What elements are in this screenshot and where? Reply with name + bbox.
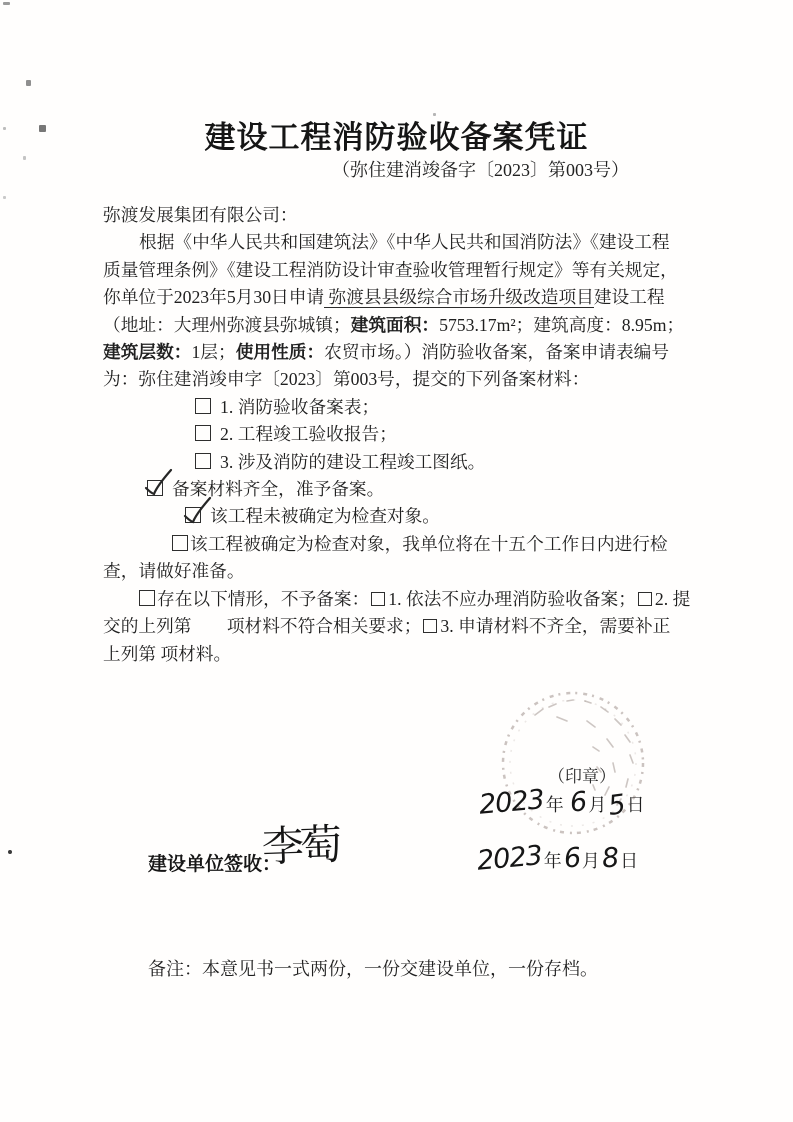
material-item-1: 1. 消防验收备案表； [103,394,699,421]
checkbox-checked-icon [147,480,163,496]
document-number: （弥住建消竣备字〔2023〕第003号） [332,156,629,182]
handwritten-year: 2023 [476,842,543,875]
stamp-date: 2023年 6月5日 [477,789,645,817]
checkbox-icon [195,398,211,414]
material-item-2: 2. 工程竣工验收报告； [103,421,699,448]
checkbox-icon [423,619,437,633]
checkbox-icon [195,453,211,469]
month-label: 月 [588,795,606,815]
option-label: 存在以下情形，不予备案： [157,589,369,609]
body-text: 农贸市场。）消防验收备案，备案申请表编号 [324,342,669,362]
body-line: 根据《中华人民共和国建筑法》《中华人民共和国消防法》《建设工程 [103,229,699,256]
day-label: 日 [627,795,645,815]
document-title: 建设工程消防验收备案凭证 [0,112,793,157]
option-reject-cont: 交的上列第 项材料不符合相关要求；3. 申请材料不齐全，需要补正 [103,613,699,640]
checkbox-icon [638,592,652,606]
option-checked-object-cont: 查，请做好准备。 [103,558,699,585]
material-item-label: 2. 工程竣工验收报告； [220,424,397,444]
scan-speck [8,850,12,854]
scanned-document-page: 建设工程消防验收备案凭证 （弥住建消竣备字〔2023〕第003号） 弥渡发展集团… [0,0,793,1122]
reject-item-3: 3. 申请材料不齐全，需要补正 [440,616,670,636]
scan-speck [3,2,10,5]
seal-placeholder-label: （印章） [548,762,616,787]
option-checked-object: 该工程被确定为检查对象，我单位将在十五个工作日内进行检 [103,531,699,558]
option-not-checked-object: 该工程未被确定为检查对象。 [103,503,699,530]
month-label: 月 [582,851,600,871]
checkbox-icon [195,425,211,441]
checkbox-icon [139,590,155,606]
material-item-label: 3. 涉及消防的建设工程竣工图纸。 [220,452,485,472]
body-text: （地址：大理州弥渡县弥城镇； [103,315,351,335]
option-label: 该工程未被确定为检查对象。 [210,506,440,526]
handwritten-check-mark [181,494,213,526]
remark-note: 备注：本意见书一式两份，一份交建设单位，一份存档。 [148,955,598,981]
construction-unit-sign-label: 建设单位签收： [148,849,281,876]
body-line-project: 你单位于2023年5月30日申请 弥渡县县级综合市场升级改造项目建设工程 [103,284,699,311]
reject-item-2-cont: 交的上列第 项材料不符合相关要求； [103,616,421,636]
option-label: 该工程被确定为检查对象，我单位将在十五个工作日内进行检 [190,534,668,554]
handwritten-year: 2023 [478,786,545,819]
label-floors: 建筑层数： [103,342,191,362]
checkbox-checked-icon [185,507,201,523]
receipt-date: 2023年6月8日 [475,845,638,873]
body-text: 1层； [191,342,235,362]
body-text: 建设工程 [594,287,665,307]
label-usage: 使用性质： [236,342,324,362]
body-line-floors: 建筑层数：1层；使用性质：农贸市场。）消防验收备案，备案申请表编号 [103,339,699,366]
body-line: 为：弥住建消竣申字〔2023〕第003号，提交的下列备案材料： [103,366,699,393]
body-line-address: （地址：大理州弥渡县弥城镇；建筑面积：5753.17m²；建筑高度：8.95m； [103,312,699,339]
year-label: 年 [544,851,562,871]
material-item-3: 3. 涉及消防的建设工程竣工图纸。 [103,449,699,476]
label-building-area: 建筑面积： [351,315,439,335]
signature-handwriting: 李萄 [261,822,339,871]
document-body: 弥渡发展集团有限公司： 根据《中华人民共和国建筑法》《中华人民共和国消防法》《建… [103,202,699,668]
handwritten-month: 6 [569,788,587,816]
project-name-underlined: 弥渡县县级综合市场升级改造项目 [324,287,594,308]
day-label: 日 [620,851,638,871]
checkbox-icon [371,592,385,606]
material-item-label: 1. 消防验收备案表； [220,397,379,417]
reject-item-2: 2. 提 [655,589,690,609]
scan-speck [26,80,31,86]
recipient-line: 弥渡发展集团有限公司： [103,202,699,229]
body-line: 质量管理条例》《建设工程消防设计审查验收管理暂行规定》等有关规定， [103,257,699,284]
handwritten-day: 8 [601,844,619,872]
body-text: 5753.17m²；建筑高度：8.95m； [439,315,684,335]
reject-item-1: 1. 依法不应办理消防验收备案； [388,589,636,609]
body-text: 你单位于2023年5月30日申请 [103,287,324,307]
option-reject-end: 上列第 项材料。 [103,641,699,668]
year-label: 年 [546,795,564,815]
handwritten-check-mark [143,467,175,499]
handwritten-month: 6 [563,844,581,872]
checkbox-icon [172,535,188,551]
option-reject: 存在以下情形，不予备案：1. 依法不应办理消防验收备案；2. 提 [103,586,699,613]
handwritten-day: 5 [607,791,627,820]
scan-speck [3,196,6,199]
